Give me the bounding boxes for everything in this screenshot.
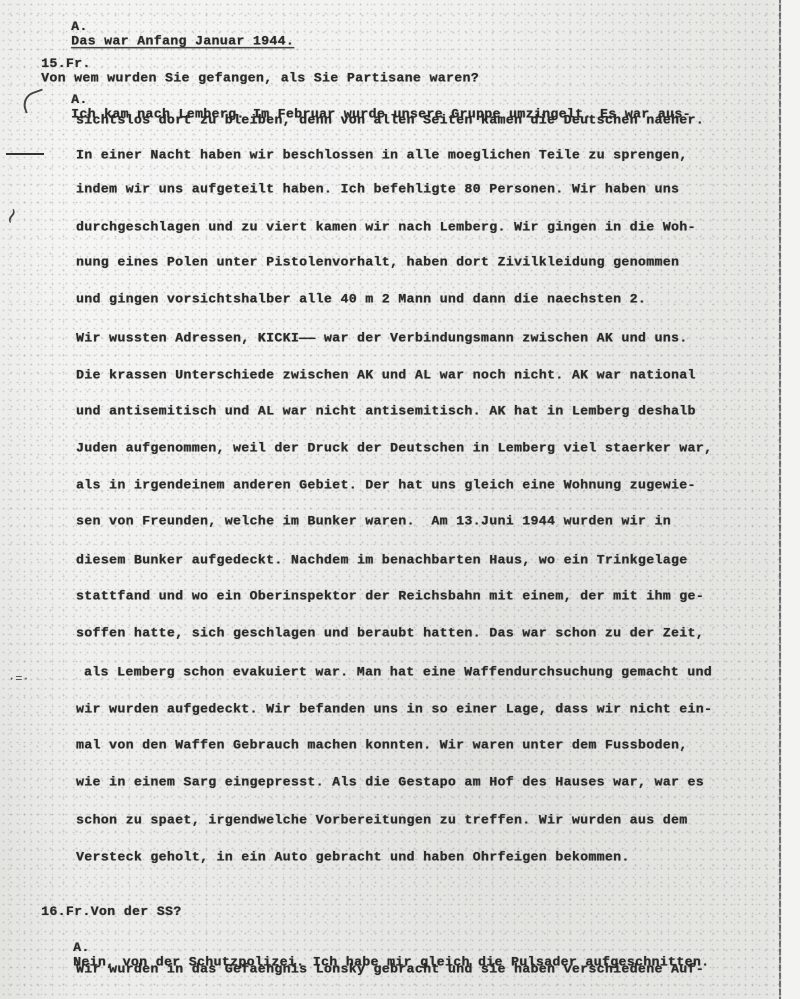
margin-dash-mark	[6, 153, 44, 155]
answer-label: A.	[71, 19, 88, 33]
margin-dot-mark: ·=·	[8, 672, 30, 686]
text-line: wie in einem Sarg eingepresst. Als die G…	[76, 775, 704, 789]
text-line: indem wir uns aufgeteilt haben. Ich befe…	[76, 182, 679, 196]
text-line: soffen hatte, sich geschlagen und beraub…	[76, 626, 704, 640]
question-label: 16.Fr.	[41, 904, 91, 918]
text-line: als in irgendeinem anderen Gebiet. Der h…	[76, 478, 696, 492]
answer-label: A.	[73, 940, 90, 954]
text-line: stattfand und wo ein Oberinspektor der R…	[76, 589, 704, 603]
text-line: als Lemberg schon evakuiert war. Man hat…	[84, 665, 712, 679]
text-line: und gingen vorsichtshalber alle 40 m 2 M…	[76, 292, 646, 306]
text-line: In einer Nacht haben wir beschlossen in …	[76, 148, 688, 162]
question-label: 15.Fr.	[41, 56, 91, 70]
text-line: Juden aufgenommen, weil der Druck der De…	[76, 441, 712, 455]
text-line: schon zu spaet, irgendwelche Vorbereitun…	[76, 813, 688, 827]
page-margin-strip	[782, 0, 800, 999]
text-line: Wir wurden in das Gefaengnis Lonsky gebr…	[76, 962, 704, 976]
text-line: Versteck geholt, in ein Auto gebracht un…	[76, 850, 630, 864]
text-line: und antisemitisch und AL war nicht antis…	[76, 404, 696, 418]
text-line: durchgeschlagen und zu viert kamen wir n…	[76, 220, 696, 234]
answer-label: A.	[71, 92, 88, 106]
text-line: nung eines Polen unter Pistolenvorhalt, …	[76, 255, 679, 269]
scanned-page: ~ ·=· A. Das war Anfang Januar 1944. 15.…	[0, 0, 800, 999]
line-text: Von der SS?	[91, 904, 182, 918]
text-line: diesem Bunker aufgedeckt. Nachdem im ben…	[76, 553, 688, 567]
page-edge-line	[779, 0, 781, 999]
text-line: sen von Freunden, welche im Bunker waren…	[76, 514, 671, 528]
margin-handwritten-mark: ~	[0, 194, 39, 232]
text-line: sichtslos dort zu bleiben, denn von alle…	[76, 113, 704, 127]
text-line: Wir wussten Adressen, KICKI—— war der Ve…	[76, 331, 688, 345]
text-line: mal von den Waffen Gebrauch machen konnt…	[76, 738, 688, 752]
text-line: wir wurden aufgedeckt. Wir befanden uns …	[76, 702, 712, 716]
text-line: Die krassen Unterschiede zwischen AK und…	[76, 368, 696, 382]
